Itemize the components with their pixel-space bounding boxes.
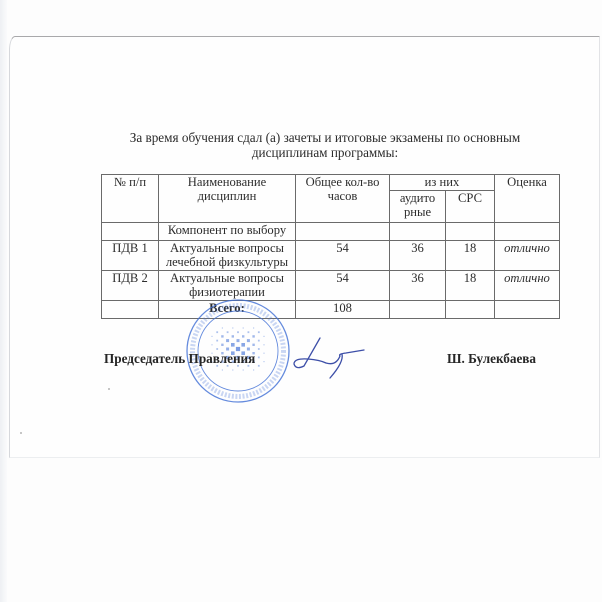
cell-empty [102, 223, 159, 241]
cell-empty [296, 223, 390, 241]
grades-table: № п/п Наименование дисциплин Общее кол-в… [101, 174, 560, 319]
cell-empty [446, 301, 495, 319]
heading-line-2: дисциплинам программы: [100, 145, 550, 160]
header-number: № п/п [102, 175, 159, 223]
scan-edge-shadow [0, 0, 7, 602]
cell-discipline: Актуальные вопросы физиотерапии [159, 271, 296, 301]
cell-auditory: 36 [390, 241, 446, 271]
cell-discipline: Актуальные вопросы лечебной физкультуры [159, 241, 296, 271]
heading-line-1: За время обучения сдал (а) зачеты и итог… [100, 130, 550, 145]
cell-empty [390, 301, 446, 319]
handwritten-signature-icon [290, 332, 370, 382]
cell-empty [390, 223, 446, 241]
cell-empty [495, 301, 560, 319]
cell-auditory: 36 [390, 271, 446, 301]
signatory-title: Председатель Правления [104, 351, 255, 367]
header-grade: Оценка [495, 175, 560, 223]
cell-number: ПДВ 2 [102, 271, 159, 301]
cell-empty [102, 301, 159, 319]
cell-srs: 18 [446, 241, 495, 271]
header-srs: СРС [446, 191, 495, 223]
cell-empty [446, 223, 495, 241]
cell-grade: отлично [495, 271, 560, 301]
table-row: ПДВ 1 Актуальные вопросы лечебной физкул… [102, 241, 560, 271]
section-label: Компонент по выбору [159, 223, 296, 241]
cell-empty [495, 223, 560, 241]
cell-total-hours: 54 [296, 271, 390, 301]
cell-number: ПДВ 1 [102, 241, 159, 271]
scan-speck [108, 388, 110, 390]
cell-total-hours: 54 [296, 241, 390, 271]
header-auditory: аудито рные [390, 191, 446, 223]
cell-grade: отлично [495, 241, 560, 271]
total-hours: 108 [296, 301, 390, 319]
header-total-hours: Общее кол-во часов [296, 175, 390, 223]
header-discipline: Наименование дисциплин [159, 175, 296, 223]
cell-srs: 18 [446, 271, 495, 301]
document-heading: За время обучения сдал (а) зачеты и итог… [100, 130, 550, 160]
table-row: ПДВ 2 Актуальные вопросы физиотерапии 54… [102, 271, 560, 301]
table-header-row: № п/п Наименование дисциплин Общее кол-в… [102, 175, 560, 191]
table-section-row: Компонент по выбору [102, 223, 560, 241]
table-total-row: Всего: 108 [102, 301, 560, 319]
signatory-name: Ш. Булекбаева [447, 351, 536, 367]
scan-speck [20, 432, 22, 434]
header-of-which: из них [390, 175, 495, 191]
